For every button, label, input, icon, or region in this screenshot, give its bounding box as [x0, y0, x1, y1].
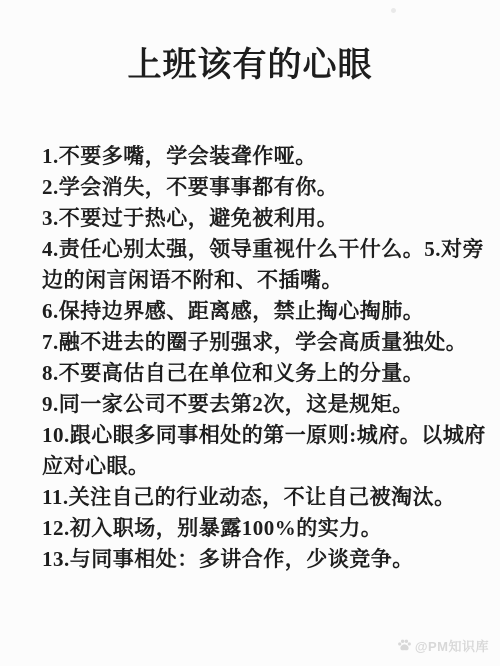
advice-line: 2.学会消失，不要事事都有你。: [42, 172, 490, 203]
advice-line: 8.不要高估自己在单位和义务上的分量。: [42, 358, 490, 389]
advice-line: 12.初入职场，别暴露100%的实力。: [42, 513, 490, 544]
advice-line: 6.保持边界感、距离感，禁止掏心掏肺。: [42, 296, 490, 327]
advice-line: 1.不要多嘴，学会装聋作哑。: [42, 141, 490, 172]
paw-icon: [397, 638, 412, 653]
advice-line: 应对心眼。: [42, 451, 490, 482]
watermark: @PM知识库: [397, 636, 489, 655]
advice-line: 7.融不进去的圈子别强求，学会高质量独处。: [42, 327, 490, 358]
advice-line: 10.跟心眼多同事相处的第一原则:城府。以城府: [42, 420, 490, 451]
poster-page: 上班该有的心眼 1.不要多嘴，学会装聋作哑。2.学会消失，不要事事都有你。3.不…: [0, 0, 500, 666]
advice-line: 9.同一家公司不要去第2次，这是规矩。: [42, 389, 490, 420]
page-title: 上班该有的心眼: [0, 47, 500, 84]
advice-line: 11.关注自己的行业动态，不让自己被淘汰。: [42, 482, 490, 513]
advice-list: 1.不要多嘴，学会装聋作哑。2.学会消失，不要事事都有你。3.不要过于热心，避免…: [42, 141, 490, 575]
advice-line: 4.责任心别太强，领导重视什么干什么。5.对旁: [42, 234, 490, 265]
advice-line: 边的闲言闲语不附和、不插嘴。: [42, 265, 490, 296]
watermark-text: @PM知识库: [415, 636, 489, 655]
speck-artifact: [391, 8, 396, 13]
advice-line: 13.与同事相处：多讲合作，少谈竞争。: [42, 544, 490, 575]
advice-line: 3.不要过于热心，避免被利用。: [42, 203, 490, 234]
